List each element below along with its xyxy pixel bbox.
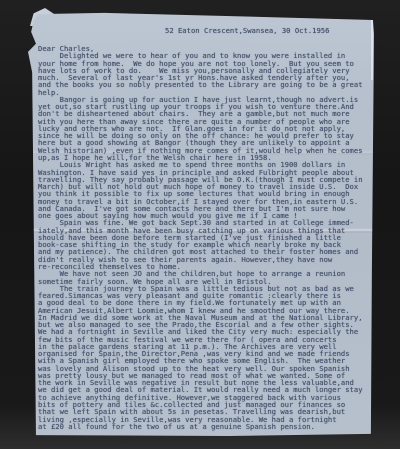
letter-address-date: 52 Eaton Crescent,Swansea, 30 Oct.1956: [165, 27, 329, 35]
letter-paper: 52 Eaton Crescent,Swansea, 30 Oct.1956 D…: [28, 12, 374, 436]
letter-line: at £20 all found for the two of us at a …: [38, 423, 372, 430]
letter-body: Dear Charles, Delighted we were to hear …: [38, 45, 372, 430]
photo-background: 52 Eaton Crescent,Swansea, 30 Oct.1956 D…: [0, 0, 400, 449]
letter-line: and the books you so nobly presented to …: [38, 81, 372, 88]
